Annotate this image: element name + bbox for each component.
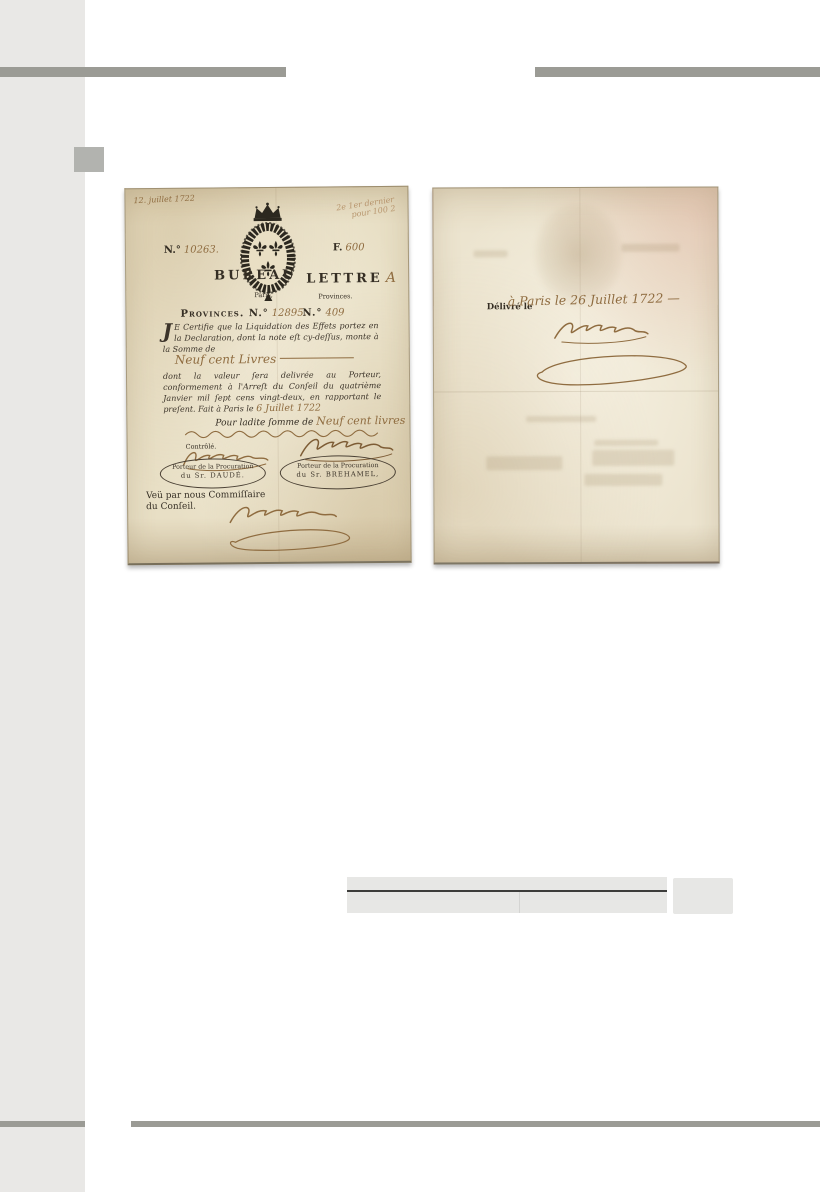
handwritten-corner-annotation: 2e 1er dernier pour 100 2 [336,195,397,221]
detail-table [347,877,667,913]
show-through-stamp [592,450,674,466]
document-back-image[interactable]: Délivré le à Paris le 26 Juillet 1722 — [432,187,719,565]
show-through-text [474,250,508,257]
no2-label: N.° [302,308,322,319]
delivery-flourish-icon [530,346,694,395]
lettre-line: LETTREA [306,267,396,287]
bottom-divider [131,1121,820,1127]
bottom-divider-left [0,1121,85,1127]
signature-flourish-icon [221,523,353,556]
detail-table-cell-left [347,892,520,913]
number-line: N.°10263. [164,244,219,255]
provinces-number-line: Provinces. N.°12895. [180,301,306,321]
top-divider-right [535,67,820,77]
dropcap-initial: J [163,322,173,340]
stamp-brehamel-line2: du Sr. BREHAMEL, [281,470,395,480]
royal-coat-of-arms-icon [233,202,302,305]
provinces-no-label: Provinces. N.° [180,308,268,320]
provinces-small-label: Provinces. [318,292,352,300]
stamp-brehamel: Porteur de la Procuration du Sr. BREHAME… [280,455,396,490]
f-line: F.600 [333,242,365,253]
document-front-image[interactable]: 12. juillet 1722 2e 1er dernier pour 100… [124,186,411,565]
sum-handwritten-line: Neuf cent Livres [175,347,355,368]
delivery-signature-icon [550,318,650,346]
show-through-text [594,440,658,446]
detail-table-header [347,877,667,890]
stamp-daude: Porteur de la Procuration du Sr. DAUDÉ. [160,458,266,489]
accent-square [74,147,104,172]
show-through-text [622,244,680,252]
detail-table-row [347,892,667,913]
f-label: F. [333,242,343,253]
no-value: 10263. [184,244,219,255]
no-label: N.° [164,245,181,256]
stamp-daude-line2: du Sr. DAUDÉ. [161,471,265,481]
no2-value: 409 [325,307,344,318]
lettre-letter: A [386,270,396,286]
delivery-date-handwritten: à Paris le 26 Juillet 1722 — [508,290,680,309]
lettre-label: LETTRE [306,271,383,287]
paris-small-label: Paris, [254,291,273,299]
left-rail [0,0,85,1192]
show-through-stamp [486,456,562,470]
handwritten-date-annotation: 12. juillet 1722 [133,194,195,206]
veu-line1: Veü par nous Commiſſaire [146,490,265,502]
show-through-text [526,416,596,422]
detail-button[interactable] [673,878,733,914]
show-through-text [584,474,662,486]
detail-table-cell-right [520,892,667,913]
sum-value: Neuf cent Livres [175,352,276,367]
second-number-line: N.°409 [302,300,344,319]
page: 12. juillet 1722 2e 1er dernier pour 100… [0,0,820,1192]
clause-paragraph: dont la valeur ſera delivrée au Porteur,… [163,369,381,415]
f-value: 600 [345,242,364,253]
top-divider-left [0,67,286,77]
bureau-label: BUREAU [214,268,297,284]
